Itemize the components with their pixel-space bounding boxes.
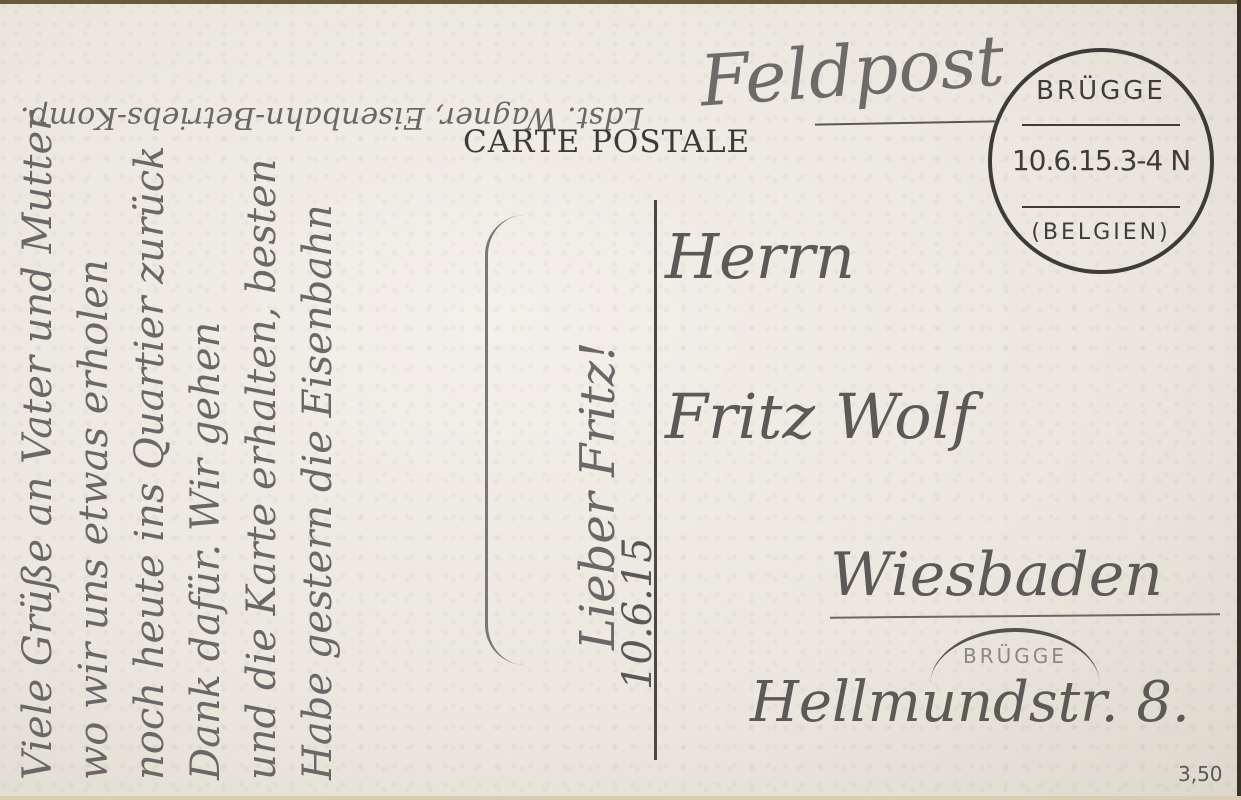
card-edge-top	[0, 0, 1241, 4]
secondary-postmark-text: BRÜGGE	[930, 644, 1100, 668]
postmark-country: (BELGIEN)	[992, 220, 1210, 245]
message-line: Viele Grüße an Vater und Mutter	[10, 112, 66, 780]
address-name: Fritz Wolf	[665, 380, 974, 453]
postmark-bar-bottom	[1022, 206, 1180, 208]
postcard-back: Ldst. Wagner, Eisenbahn-Betriebs-Komp. F…	[0, 0, 1241, 800]
carte-postale-header: CARTE POSTALE	[463, 124, 750, 160]
message-line: wo wir uns etwas erholen	[66, 112, 122, 780]
postmark-brugge: BRÜGGE 10.6.15.3-4 N (BELGIEN)	[988, 48, 1214, 274]
postmark-bar-top	[1022, 124, 1180, 126]
message-line: noch heute ins Quartier zurück	[122, 112, 178, 780]
card-edge-bottom	[0, 796, 1241, 800]
price-note: 3,50	[1178, 762, 1223, 786]
message-date: 10.6.15	[615, 537, 661, 690]
decorative-swirl	[485, 215, 528, 665]
postmark-date: 10.6.15.3-4 N	[992, 144, 1210, 177]
message-line: Habe gestern die Eisenbahn	[290, 112, 346, 780]
feldpost-handwriting: Feldpost	[698, 19, 1007, 122]
address-city: Wiesbaden	[830, 540, 1163, 610]
message-line: und die Karte erhalten, besten	[234, 112, 290, 780]
message-body: Viele Grüße an Vater und Mutter wo wir u…	[10, 112, 346, 780]
feldpost-underline	[815, 120, 995, 125]
message-line: Dank dafür. Wir gehen	[178, 112, 234, 780]
secondary-postmark: BRÜGGE	[930, 628, 1100, 742]
address-salutation: Herrn	[665, 220, 855, 293]
postmark-city: BRÜGGE	[992, 76, 1210, 106]
card-edge-right	[1237, 0, 1241, 800]
address-city-underline	[830, 613, 1220, 618]
